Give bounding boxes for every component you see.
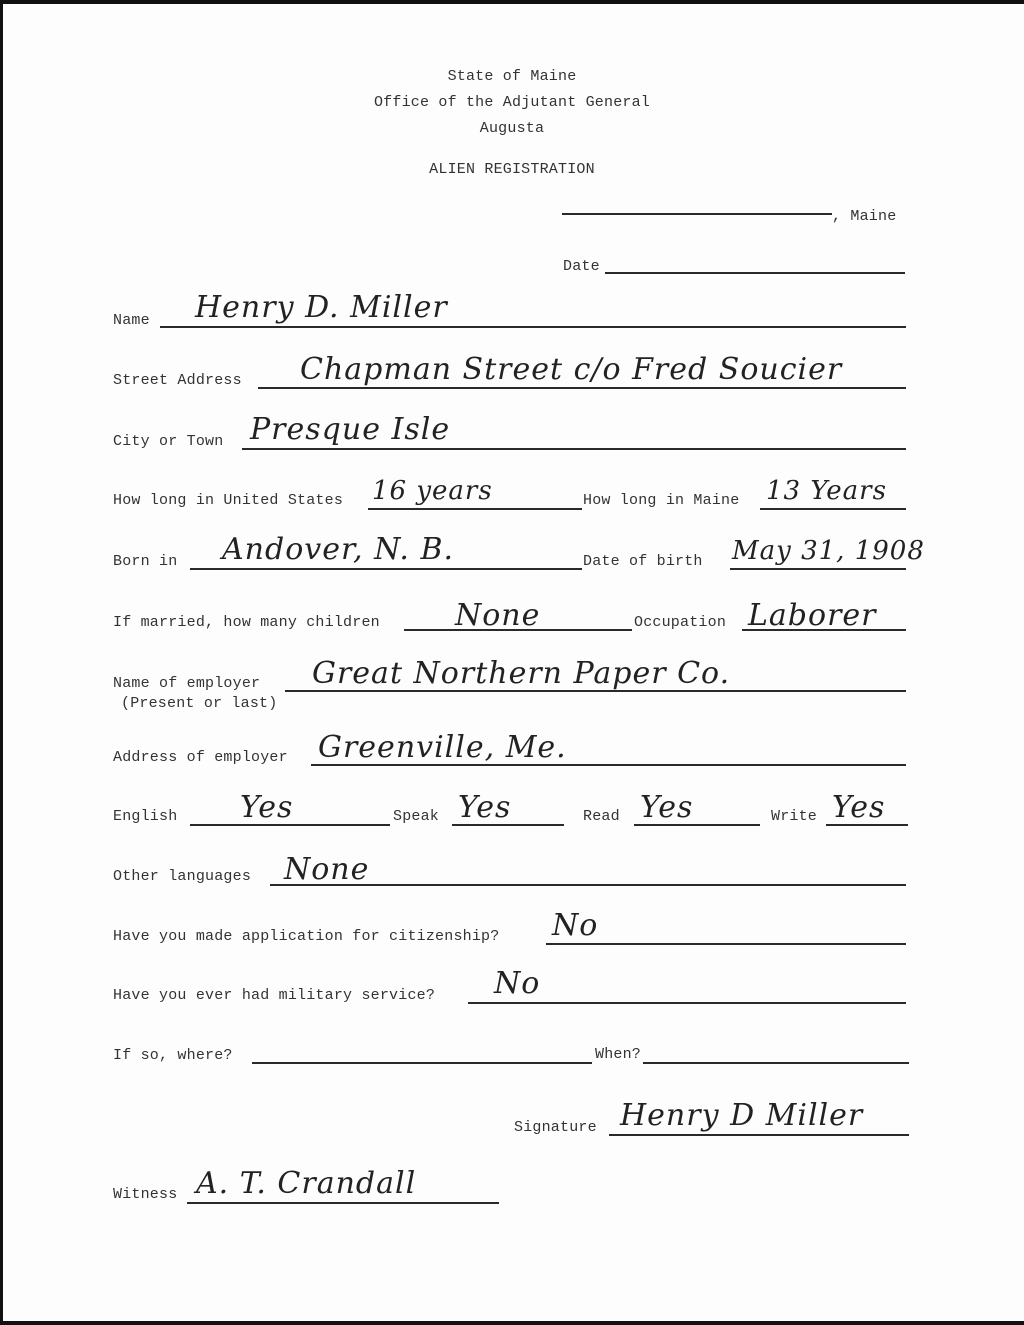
years-us-label: How long in United States [113, 492, 343, 509]
citizenship-field[interactable] [546, 943, 906, 945]
where-field[interactable] [252, 1062, 592, 1064]
signature-label: Signature [514, 1119, 597, 1136]
witness-label: Witness [113, 1186, 177, 1203]
form-title: ALIEN REGISTRATION [0, 161, 1024, 178]
employer-sublabel: (Present or last) [121, 695, 277, 712]
years-us-field[interactable] [368, 508, 582, 510]
city-value: Presque Isle [250, 412, 450, 447]
date-label: Date [563, 258, 600, 275]
born-in-value: Andover, N. B. [222, 532, 454, 567]
street-address-field[interactable] [258, 387, 906, 389]
date-field[interactable] [605, 272, 905, 274]
when-field[interactable] [643, 1062, 909, 1064]
speak-value: Yes [458, 790, 511, 825]
english-label: English [113, 808, 177, 825]
military-field[interactable] [468, 1002, 906, 1004]
witness-value: A. T. Crandall [196, 1166, 416, 1201]
name-field[interactable] [160, 326, 906, 328]
dob-value: May 31, 1908 [732, 536, 925, 566]
employer-address-value: Greenville, Me. [318, 730, 567, 765]
dob-field[interactable] [730, 568, 906, 570]
occupation-label: Occupation [634, 614, 726, 631]
read-value: Yes [640, 790, 693, 825]
place-suffix: , Maine [832, 208, 896, 225]
name-label: Name [113, 312, 150, 329]
write-value: Yes [832, 790, 885, 825]
read-label: Read [583, 808, 620, 825]
speak-label: Speak [393, 808, 439, 825]
years-maine-field[interactable] [760, 508, 906, 510]
born-in-label: Born in [113, 553, 177, 570]
when-label: When? [595, 1046, 641, 1063]
signature-value: Henry D Miller [620, 1098, 863, 1133]
header-city: Augusta [0, 120, 1024, 137]
children-label: If married, how many children [113, 614, 380, 631]
occupation-value: Laborer [748, 598, 877, 633]
write-label: Write [771, 808, 817, 825]
citizenship-value: No [552, 908, 598, 943]
street-address-value: Chapman Street c/o Fred Soucier [300, 352, 842, 387]
years-maine-label: How long in Maine [583, 492, 739, 509]
employer-value: Great Northern Paper Co. [312, 656, 730, 691]
years-us-value: 16 years [372, 476, 493, 506]
military-value: No [494, 966, 540, 1001]
dob-label: Date of birth [583, 553, 703, 570]
english-value: Yes [240, 790, 293, 825]
citizenship-label: Have you made application for citizenshi… [113, 928, 499, 945]
where-label: If so, where? [113, 1047, 233, 1064]
other-languages-label: Other languages [113, 868, 251, 885]
children-value: None [455, 598, 540, 633]
signature-field[interactable] [609, 1134, 909, 1136]
witness-field[interactable] [187, 1202, 499, 1204]
name-value: Henry D. Miller [195, 290, 448, 325]
place-field[interactable] [562, 213, 832, 215]
street-address-label: Street Address [113, 372, 242, 389]
other-languages-value: None [284, 852, 369, 887]
employer-address-label: Address of employer [113, 749, 288, 766]
military-label: Have you ever had military service? [113, 987, 435, 1004]
employer-label: Name of employer [113, 675, 260, 692]
born-in-field[interactable] [190, 568, 582, 570]
city-label: City or Town [113, 433, 223, 450]
city-field[interactable] [242, 448, 906, 450]
header-office: Office of the Adjutant General [0, 94, 1024, 111]
header-state: State of Maine [0, 68, 1024, 85]
years-maine-value: 13 Years [766, 476, 887, 506]
